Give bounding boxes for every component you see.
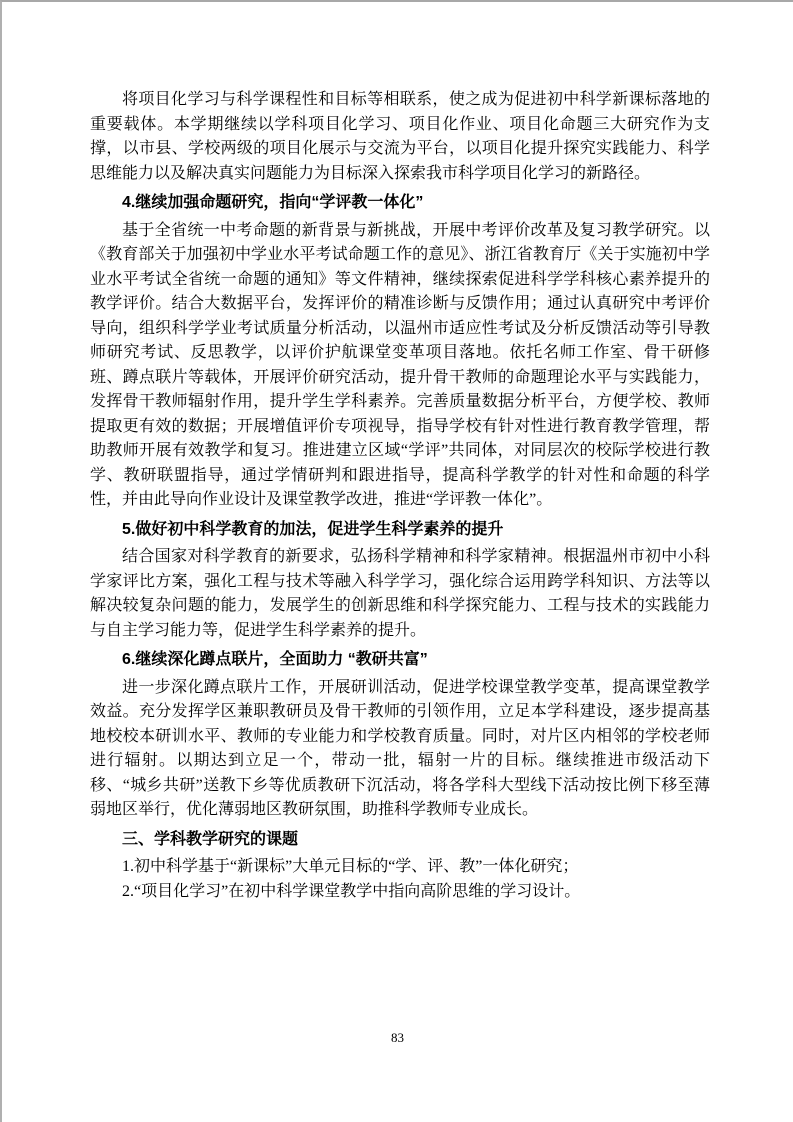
paragraph-project-based-learning: 将项目化学习与科学课程性和目标等相联系，使之成为促进初中科学新课标落地的重要载体… — [90, 88, 710, 186]
paragraph-station-linkage-research: 进一步深化蹲点联片工作，开展研训活动，促进学校课堂教学变革，提高课堂教学效益。充… — [90, 676, 710, 823]
paragraph-exam-evaluation-research: 基于全省统一中考命题的新背景与新挑战，开展中考评价改革及复习教学研究。以《教育部… — [90, 219, 710, 513]
research-topic-2: 2.“项目化学习”在初中科学课堂教学中指向高阶思维的学习设计。 — [90, 880, 710, 905]
research-topic-1: 1.初中科学基于“新课标”大单元目标的“学、评、教”一体化研究； — [90, 855, 710, 880]
section-heading-4: 4.继续加强命题研究，指向“学评教一体化” — [90, 191, 710, 216]
document-page: 将项目化学习与科学课程性和目标等相联系，使之成为促进初中科学新课标落地的重要载体… — [0, 0, 793, 1122]
document-body: 将项目化学习与科学课程性和目标等相联系，使之成为促进初中科学新课标落地的重要载体… — [90, 88, 710, 904]
section-heading-research-topics: 三、学科教学研究的课题 — [90, 828, 710, 853]
paragraph-science-education-addition: 结合国家对科学教育的新要求，弘扬科学精神和科学家精神。根据温州市初中小科学家评比… — [90, 545, 710, 643]
section-heading-6: 6.继续深化蹲点联片，全面助力 “教研共富” — [90, 648, 710, 673]
section-heading-5: 5.做好初中科学教育的加法，促进学生科学素养的提升 — [90, 518, 710, 543]
page-number: 83 — [2, 1030, 793, 1046]
